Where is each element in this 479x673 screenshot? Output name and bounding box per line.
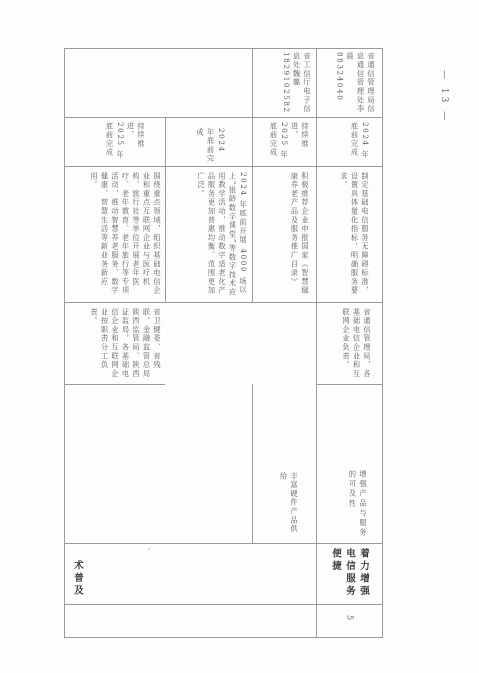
measure-cell: 2024 年底前开展 4000 场以上“银龄数字课堂”等数字技术应用教学活动，推… [172, 172, 248, 300]
divider-row5 [316, 48, 317, 638]
measure-cell: 积极推荐企业申报国家《智慧健康养老产品及服务推广目录》 [262, 172, 310, 300]
measure-cell: 制定基础电信服务无障碍标准，设置具体量化指标，明确服务要求。 [330, 172, 370, 300]
deadline-cell: 2024 年底前完成 [334, 122, 370, 164]
row-category: 着力增强电信服务便捷 [330, 548, 370, 600]
divider-responsible-task-left [64, 384, 165, 385]
divider-contact-deadline [64, 117, 382, 118]
divider-subrow-1 [165, 117, 166, 302]
divider-task-category [64, 543, 382, 544]
scan-speck [148, 548, 150, 550]
deadline-cell: 持续推进，2025 年底前完成 [262, 122, 310, 164]
table-border-left [64, 48, 65, 638]
page-number: — 13 — [439, 70, 449, 123]
row-index: 5 [344, 615, 355, 633]
divider-deadline-measure [64, 166, 382, 167]
table-border-top [64, 48, 382, 49]
contact-cell: 省通信管理局信息通信管理处李晨 88324040 [322, 52, 376, 114]
divider-category-index [64, 604, 382, 605]
responsible-cell: 省通信管理局，各基础电信企业和互联网企业负责。 [324, 308, 372, 380]
deadline-cell: 2024 年底前完成 [190, 128, 226, 164]
table-border-right [382, 48, 383, 638]
contact-cell: 省工信厅电子信息处魏璐 18291025829 [262, 52, 312, 114]
divider-subrow-2b [252, 384, 253, 543]
divider-subrow-2 [252, 48, 253, 302]
task-cell: 增强产品与服务的可及性 [328, 470, 368, 540]
measure-cell: 围绕重点领域，组织基础电信企业和重点互联网企业与医疗机构、旅行社等单位开展老年医… [70, 172, 162, 300]
row-category-tail: 术普及 [70, 560, 84, 600]
responsible-cell: 省卫健委、省残联，金融监管总局陕西监管局、陕西证监局，各基础电信企业和互联网企业… [70, 308, 162, 382]
table-border-bottom [64, 637, 382, 638]
deadline-cell: 持续推进，2025 年底前完成 [96, 122, 146, 164]
task-cell: 丰富硬件产品供给 [278, 472, 299, 540]
document-page: 5 着力增强电信服务便捷 增强产品与服务的可及性 省通信管理局，各基础电信企业和… [0, 0, 479, 673]
divider-measure-responsible [64, 302, 382, 303]
divider-responsible-task-right [316, 384, 382, 385]
